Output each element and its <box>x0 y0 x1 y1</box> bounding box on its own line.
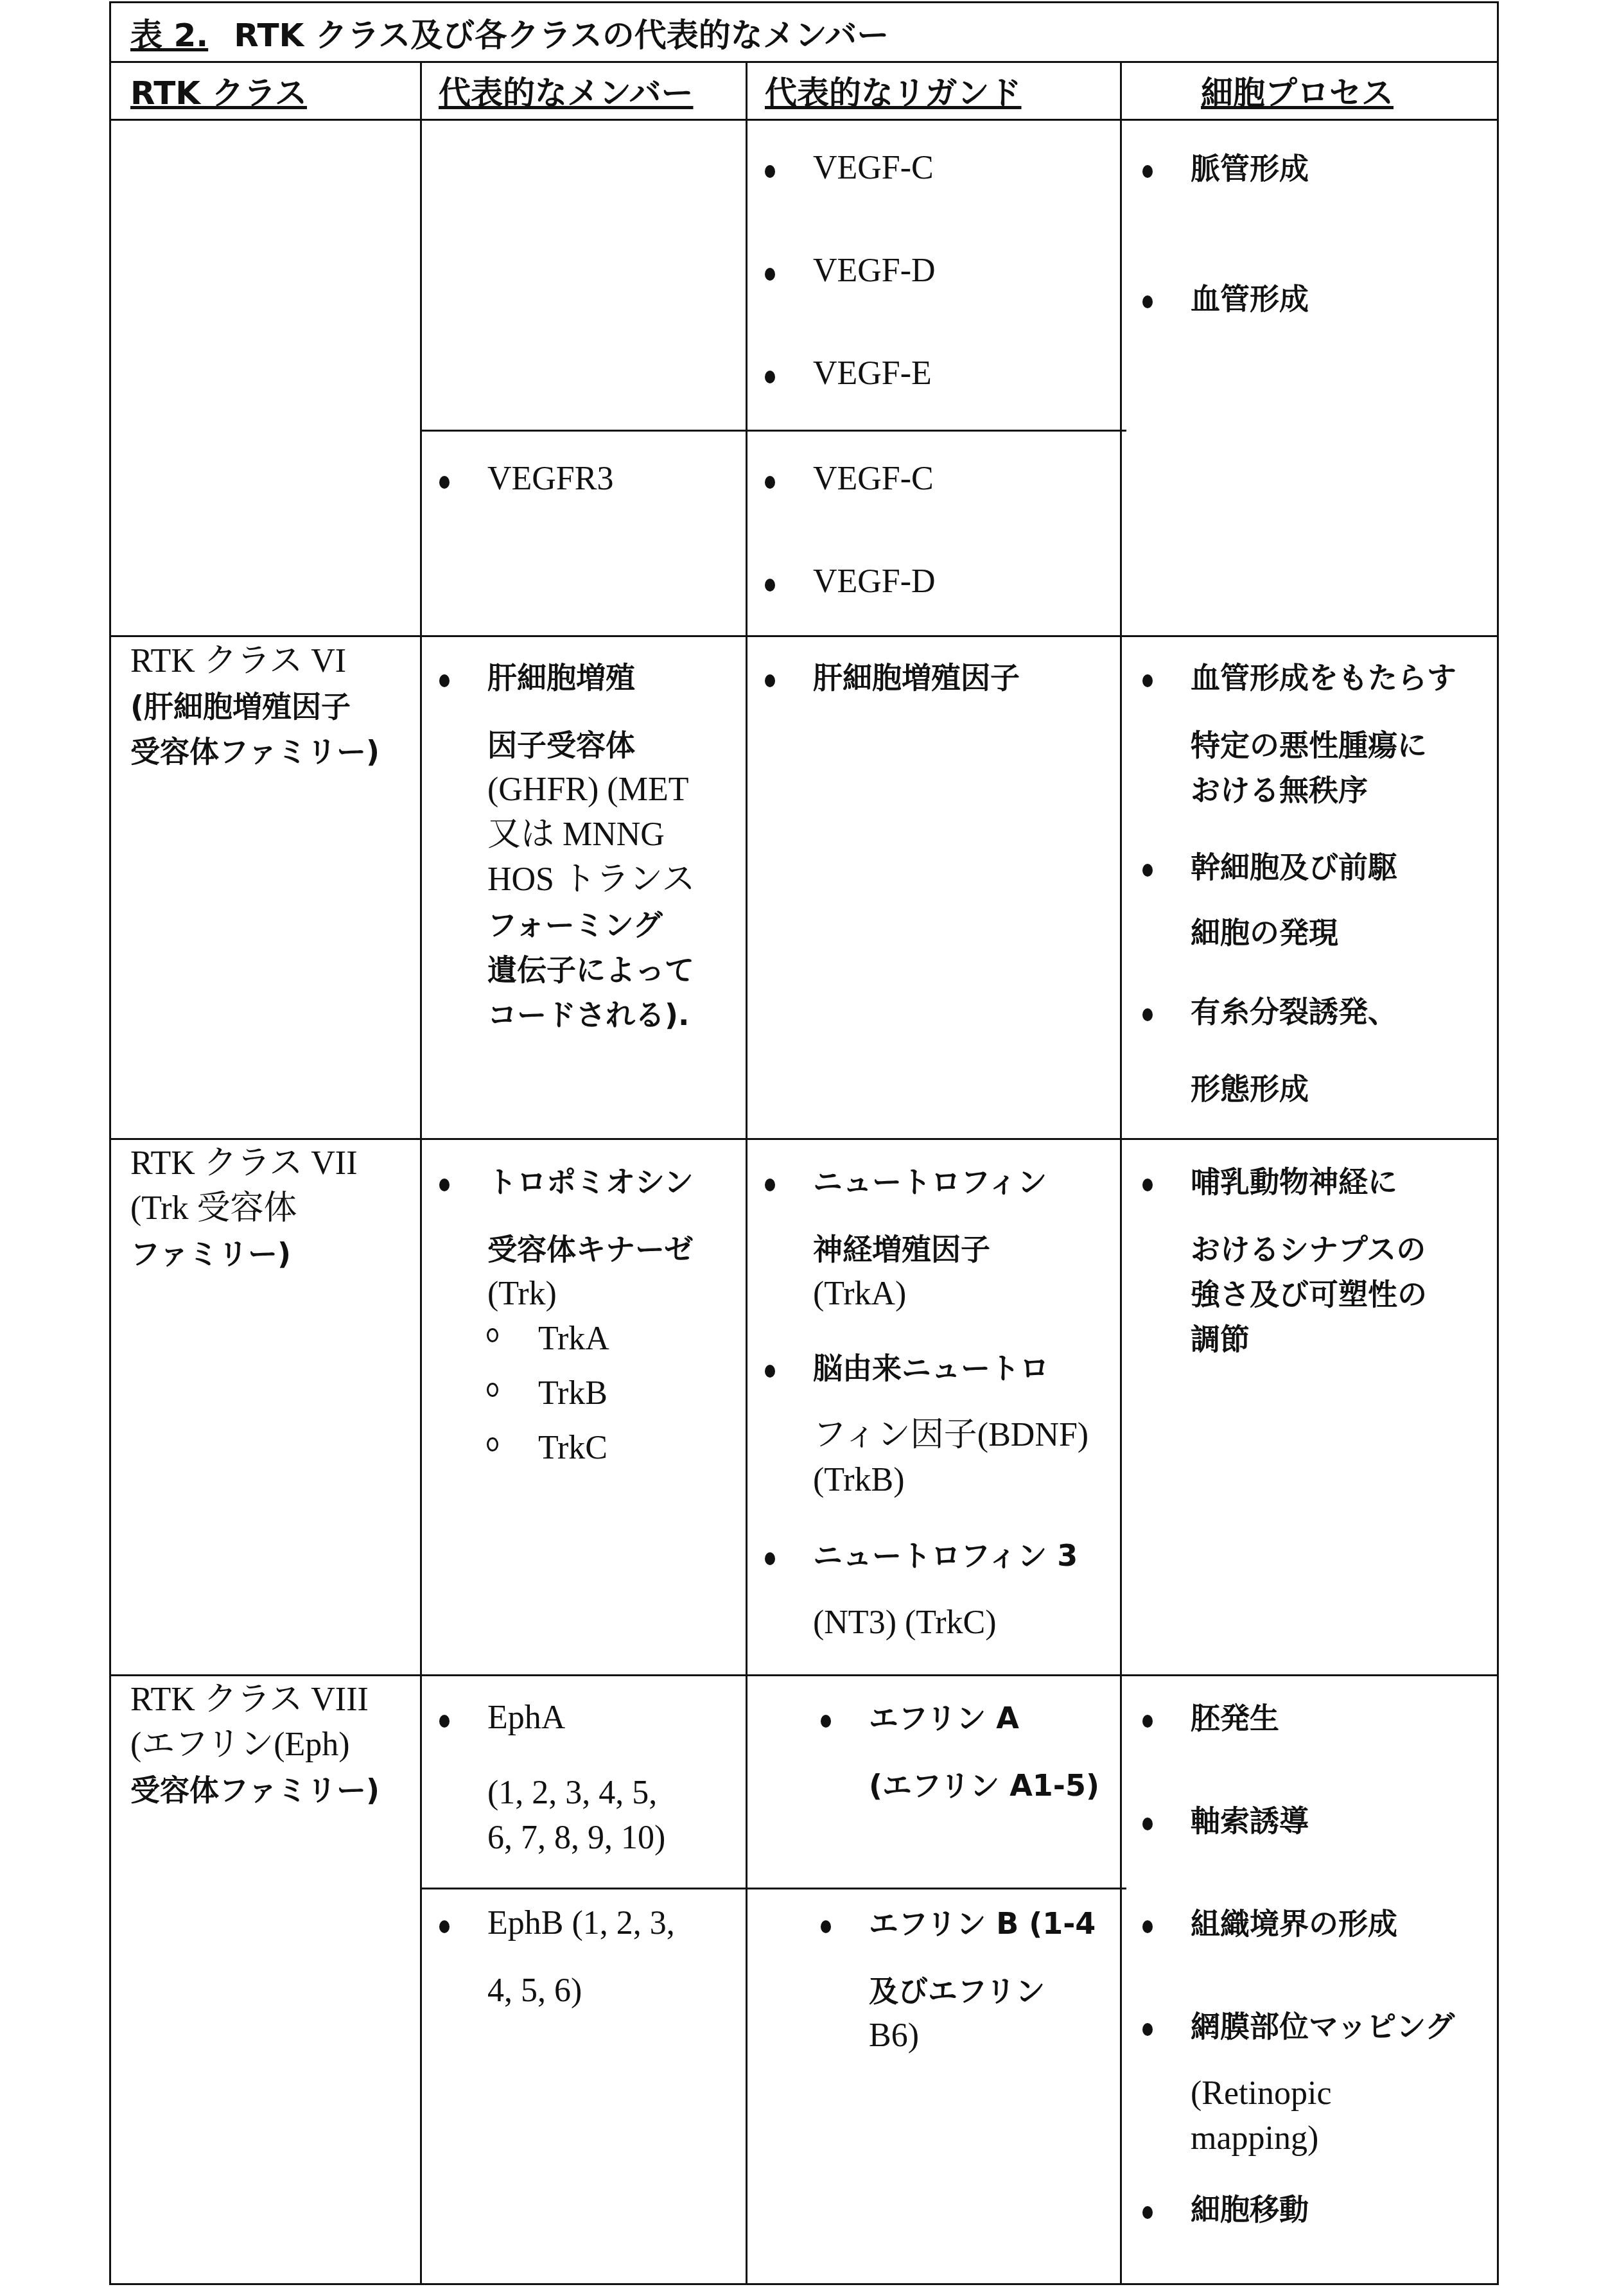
member-line: コードされる). <box>487 992 690 1037</box>
table-number: 表 2. <box>130 17 208 54</box>
header-ligands: 代表的なリガンド <box>765 67 1022 114</box>
bullet-icon <box>1142 165 1153 178</box>
member-line: HOS トランス <box>487 857 695 902</box>
class-desc: 受容体ファミリー) <box>130 1767 380 1812</box>
ligand-line: ニュートロフィン 3 <box>813 1533 1078 1578</box>
class-name: RTK クラス VIII <box>130 1678 369 1722</box>
table-title: 表 2.RTK クラス及び各クラスの代表的なメンバー <box>130 10 889 56</box>
divider <box>111 61 1497 63</box>
member-line: 6, 7, 8, 9, 10) <box>487 1816 665 1861</box>
circle-bullet-icon <box>487 1383 498 1397</box>
divider <box>111 1674 1497 1676</box>
bullet-icon <box>765 165 775 178</box>
process-line: 形態形成 <box>1191 1066 1309 1111</box>
ligand-line: (エフリン A1-5) <box>869 1763 1099 1808</box>
class-desc: ファミリー) <box>130 1231 291 1276</box>
bullet-icon <box>439 1715 450 1728</box>
bullet-icon <box>439 1179 450 1191</box>
divider <box>111 1138 1497 1140</box>
ligand-item: VEGF-D <box>813 249 936 294</box>
member-line: 又は MNNG <box>487 812 665 857</box>
process-item: 脈管形成 <box>1191 146 1309 191</box>
sub-member: TrkA <box>538 1317 609 1362</box>
bullet-icon <box>765 268 775 281</box>
class-desc: (肝細胞増殖因子 <box>130 684 351 729</box>
divider <box>420 61 422 2285</box>
divider <box>1120 61 1122 2285</box>
bullet-icon <box>1142 864 1153 877</box>
class-desc: (Trk 受容体 <box>130 1186 297 1231</box>
process-item: 組織境界の形成 <box>1191 1901 1397 1946</box>
bullet-icon <box>1142 1008 1153 1021</box>
ligand-line: (NT3) (TrkC) <box>813 1600 997 1645</box>
process-line: 血管形成をもたらす <box>1191 655 1456 700</box>
header-rtk-class: RTK クラス <box>130 67 307 114</box>
bullet-icon <box>765 371 775 383</box>
bullet-icon <box>765 674 775 687</box>
bullet-icon <box>1142 2023 1153 2036</box>
circle-bullet-icon <box>487 1328 498 1342</box>
member-line: 受容体キナーゼ <box>487 1227 694 1272</box>
member-line: (Trk) <box>487 1272 557 1317</box>
ligand-line: B6) <box>869 2013 919 2058</box>
bullet-icon <box>1142 674 1153 687</box>
process-note: (Retinopic <box>1191 2071 1332 2116</box>
ligand-line: エフリン A <box>869 1696 1019 1740</box>
table-caption: RTK クラス及び各クラスの代表的なメンバー <box>234 17 889 54</box>
process-line: 調節 <box>1191 1317 1250 1362</box>
process-line: おけるシナプスの <box>1191 1227 1426 1272</box>
bullet-icon <box>1142 1715 1153 1728</box>
bullet-icon <box>765 1179 775 1191</box>
member-item: VEGFR3 <box>487 457 613 502</box>
bullet-icon <box>821 1920 831 1933</box>
member-line: (GHFR) (MET <box>487 767 688 812</box>
process-line: 有糸分裂誘発、 <box>1191 989 1397 1034</box>
member-line: フォーミング <box>487 902 663 947</box>
ligand-line: 脳由来ニュートロ <box>813 1345 1049 1390</box>
class-desc: 受容体ファミリー) <box>130 729 380 774</box>
divider <box>111 635 1497 637</box>
member-line: 肝細胞増殖 <box>487 655 635 700</box>
process-line: 特定の悪性腫瘍に <box>1191 723 1427 767</box>
bullet-icon <box>765 1552 775 1565</box>
process-line: 哺乳動物神経に <box>1191 1159 1397 1204</box>
process-line: おける無秩序 <box>1191 767 1368 812</box>
bullet-icon <box>765 579 775 592</box>
bullet-icon <box>439 1920 450 1933</box>
process-item: 胚発生 <box>1191 1696 1279 1740</box>
process-item: 軸索誘導 <box>1191 1798 1309 1843</box>
process-line: 細胞の発現 <box>1191 910 1338 955</box>
ligand-item: 肝細胞増殖因子 <box>813 655 1020 700</box>
member-line: (1, 2, 3, 4, 5, <box>487 1771 657 1816</box>
process-line: 幹細胞及び前駆 <box>1191 845 1397 889</box>
bullet-icon <box>1142 2206 1153 2219</box>
process-item: 網膜部位マッピング <box>1191 2004 1455 2049</box>
ligand-line: 神経増殖因子 <box>813 1227 990 1272</box>
member-line: 遺伝子によって <box>487 947 694 992</box>
member-line: EphB (1, 2, 3, <box>487 1901 675 1946</box>
ligand-item: VEGF-E <box>813 351 932 396</box>
divider <box>111 119 1497 121</box>
bullet-icon <box>439 476 450 489</box>
member-line: EphA <box>487 1696 565 1740</box>
divider <box>746 61 747 2285</box>
bullet-icon <box>1142 1179 1153 1191</box>
circle-bullet-icon <box>487 1437 498 1451</box>
ligand-line: 及びエフリン <box>869 1968 1045 2013</box>
ligand-item: VEGF-C <box>813 457 934 502</box>
bullet-icon <box>765 1365 775 1378</box>
ligand-line: ニュートロフィン <box>813 1159 1047 1204</box>
ligand-line: エフリン B (1-4 <box>869 1901 1096 1946</box>
bullet-icon <box>1142 295 1153 308</box>
ligand-line: フィン因子(BDNF) <box>813 1413 1088 1458</box>
class-desc: (エフリン(Eph) <box>130 1722 350 1767</box>
bullet-icon <box>765 476 775 489</box>
class-name: RTK クラス VII <box>130 1141 358 1186</box>
bullet-icon <box>1142 1818 1153 1830</box>
header-processes: 細胞プロセス <box>1201 67 1394 114</box>
divider <box>420 430 1126 432</box>
bullet-icon <box>1142 1920 1153 1933</box>
member-line: 4, 5, 6) <box>487 1968 582 2013</box>
class-name: RTK クラス VI <box>130 639 346 684</box>
process-item: 血管形成 <box>1191 276 1309 321</box>
ligand-line: (TrkB) <box>813 1458 905 1503</box>
process-note: mapping) <box>1191 2116 1318 2161</box>
rtk-table: 表 2.RTK クラス及び各クラスの代表的なメンバー RTK クラス 代表的なメ… <box>109 1 1499 2285</box>
sub-member: TrkC <box>538 1426 607 1471</box>
process-line: 強さ及び可塑性の <box>1191 1272 1427 1317</box>
divider <box>420 1888 1126 1889</box>
member-line: トロポミオシン <box>487 1159 694 1204</box>
sub-member: TrkB <box>538 1371 607 1416</box>
bullet-icon <box>439 674 450 687</box>
ligand-item: VEGF-D <box>813 559 936 604</box>
member-line: 因子受容体 <box>487 723 635 767</box>
process-item: 細胞移動 <box>1191 2187 1309 2232</box>
bullet-icon <box>821 1715 831 1728</box>
ligand-item: VEGF-C <box>813 146 934 191</box>
ligand-line: (TrkA) <box>813 1272 906 1317</box>
header-members: 代表的なメンバー <box>439 67 694 114</box>
